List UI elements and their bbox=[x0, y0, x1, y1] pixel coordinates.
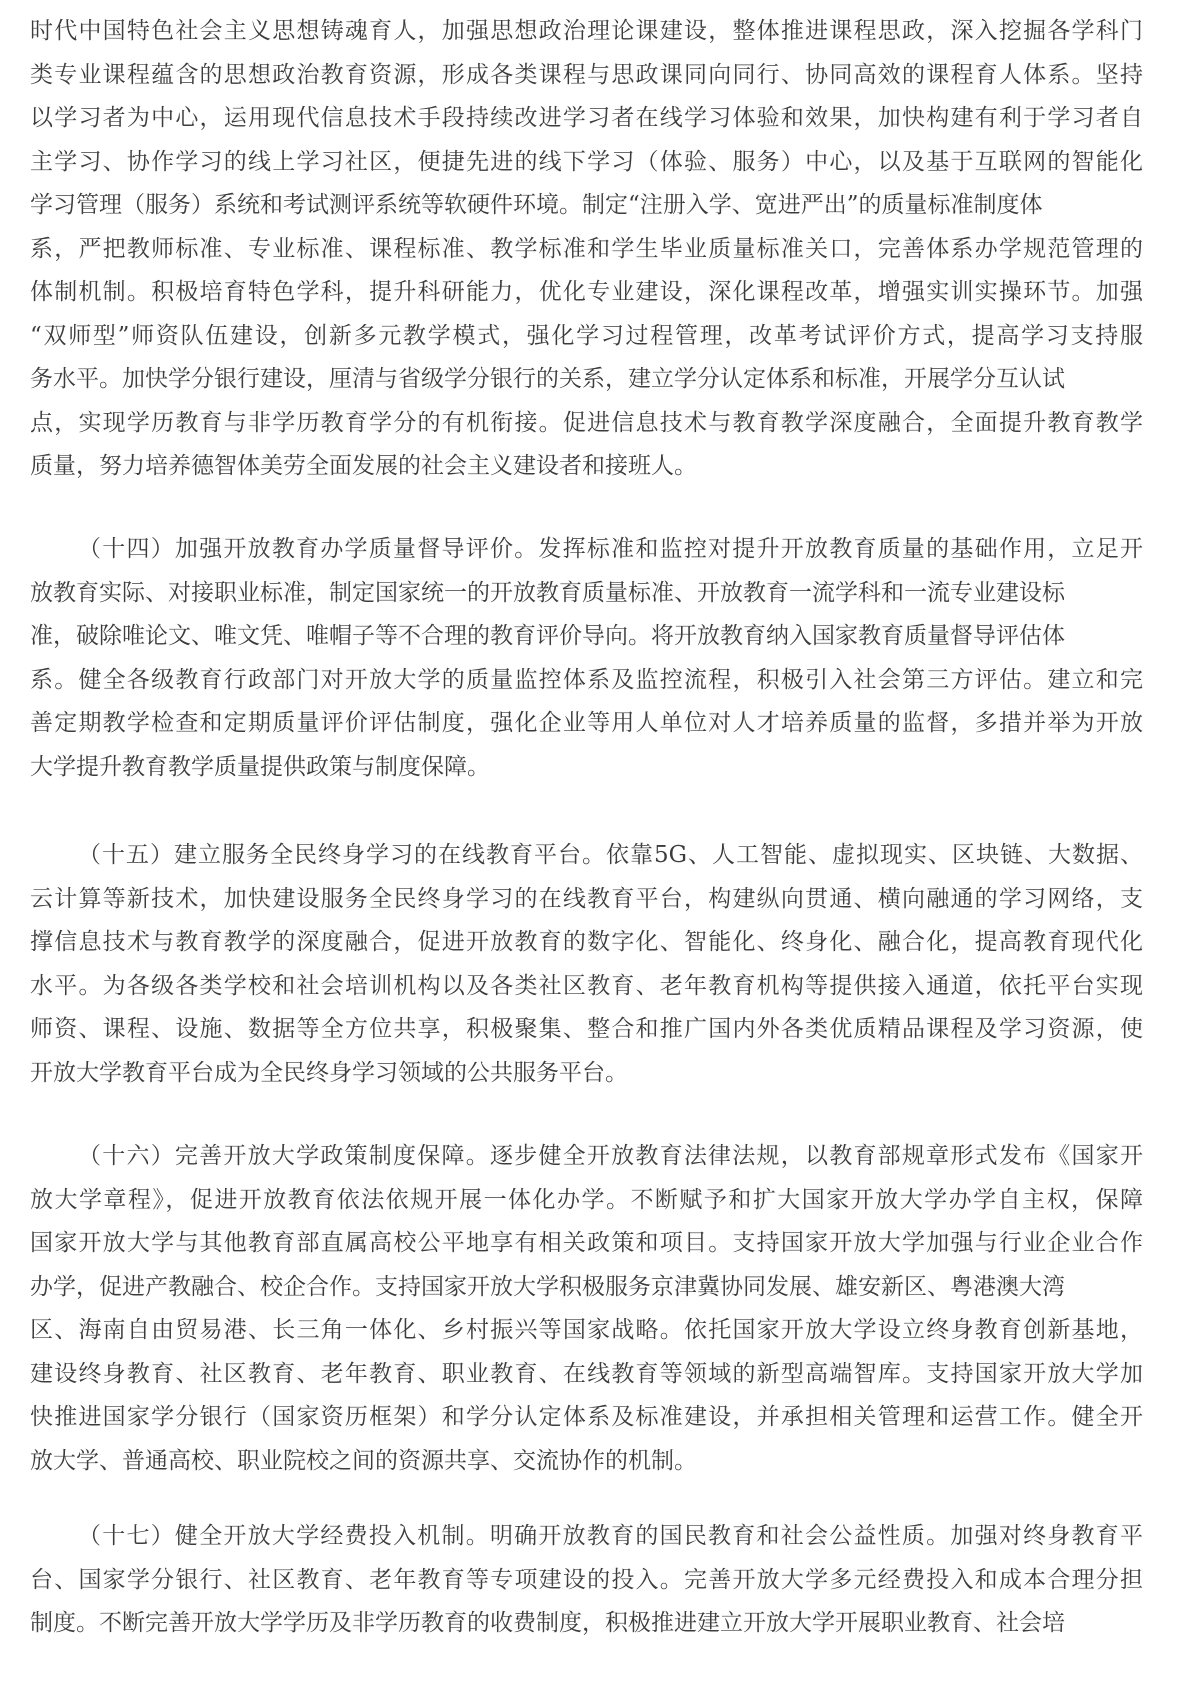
text-line: 系。健全各级教育行政部门对开放大学的质量监控体系及监控流程，积极引入社会第三方评… bbox=[30, 659, 1143, 703]
text-line: 善定期教学检查和定期质量评价评估制度，强化企业等用人单位对人才培养质量的监督，多… bbox=[30, 702, 1143, 746]
text-line: 云计算等新技术，加快建设服务全民终身学习的在线教育平台，构建纵向贯通、横向融通的… bbox=[30, 878, 1143, 922]
text-line: 区、海南自由贸易港、长三角一体化、乡村振兴等国家战略。依托国家开放大学设立终身教… bbox=[30, 1309, 1143, 1353]
text-line: 水平。为各级各类学校和社会培训机构以及各类社区教育、老年教育机构等提供接入通道，… bbox=[30, 965, 1143, 1009]
text-line: （十七）健全开放大学经费投入机制。明确开放教育的国民教育和社会公益性质。加强对终… bbox=[30, 1515, 1143, 1559]
text-line: 放大学、普通高校、职业院校之间的资源共享、交流协作的机制。 bbox=[30, 1440, 1143, 1484]
paragraph-15: （十五）建立服务全民终身学习的在线教育平台。依靠5G、人工智能、虚拟现实、区块链… bbox=[30, 834, 1143, 1095]
text-line: 学习管理（服务）系统和考试测评系统等软硬件环境。制定“注册入学、宽进严出”的质量… bbox=[30, 184, 1143, 228]
text-line: 办学，促进产教融合、校企合作。支持国家开放大学积极服务京津冀协同发展、雄安新区、… bbox=[30, 1266, 1143, 1310]
text-line: 师资、课程、设施、数据等全方位共享，积极聚集、整合和推广国内外各类优质精品课程及… bbox=[30, 1008, 1143, 1052]
paragraph-continuation: 时代中国特色社会主义思想铸魂育人，加强思想政治理论课建设，整体推进课程思政，深入… bbox=[30, 10, 1143, 489]
text-line: 以学习者为中心，运用现代信息技术手段持续改进学习者在线学习体验和效果，加快构建有… bbox=[30, 97, 1143, 141]
text-line: 主学习、协作学习的线上学习社区，便捷先进的线下学习（体验、服务）中心，以及基于互… bbox=[30, 141, 1143, 185]
text-line: 体制机制。积极培育特色学科，提升科研能力，优化专业建设，深化课程改革，增强实训实… bbox=[30, 271, 1143, 315]
text-line: 类专业课程蕴含的思想政治教育资源，形成各类课程与思政课同向同行、协同高效的课程育… bbox=[30, 54, 1143, 98]
paragraph-17: （十七）健全开放大学经费投入机制。明确开放教育的国民教育和社会公益性质。加强对终… bbox=[30, 1515, 1143, 1646]
text-line: 系，严把教师标准、专业标准、课程标准、教学标准和学生毕业质量标准关口，完善体系办… bbox=[30, 228, 1143, 272]
text-line: 建设终身教育、社区教育、老年教育、职业教育、在线教育等领域的新型高端智库。支持国… bbox=[30, 1353, 1143, 1397]
text-line: 放大学章程》，促进开放教育依法依规开展一体化办学。不断赋予和扩大国家开放大学办学… bbox=[30, 1179, 1143, 1223]
text-line: （十六）完善开放大学政策制度保障。逐步健全开放教育法律法规，以教育部规章形式发布… bbox=[30, 1135, 1143, 1179]
text-line: 撑信息技术与教育教学的深度融合，促进开放教育的数字化、智能化、终身化、融合化，提… bbox=[30, 921, 1143, 965]
text-line: 点，实现学历教育与非学历教育学分的有机衔接。促进信息技术与教育教学深度融合，全面… bbox=[30, 402, 1143, 446]
text-line: 准，破除唯论文、唯文凭、唯帽子等不合理的教育评价导向。将开放教育纳入国家教育质量… bbox=[30, 615, 1143, 659]
text-line: “双师型”师资队伍建设，创新多元教学模式，强化学习过程管理，改革考试评价方式，提… bbox=[30, 315, 1143, 359]
text-line: 质量，努力培养德智体美劳全面发展的社会主义建设者和接班人。 bbox=[30, 445, 1143, 489]
text-line: 放教育实际、对接职业标准，制定国家统一的开放教育质量标准、开放教育一流学科和一流… bbox=[30, 572, 1143, 616]
paragraph-14: （十四）加强开放教育办学质量督导评价。发挥标准和监控对提升开放教育质量的基础作用… bbox=[30, 528, 1143, 789]
text-line: 制度。不断完善开放大学学历及非学历教育的收费制度，积极推进建立开放大学开展职业教… bbox=[30, 1602, 1143, 1646]
document-page: 时代中国特色社会主义思想铸魂育人，加强思想政治理论课建设，整体推进课程思政，深入… bbox=[0, 0, 1190, 1684]
text-line: 台、国家学分银行、社区教育、老年教育等专项建设的投入。完善开放大学多元经费投入和… bbox=[30, 1559, 1143, 1603]
paragraph-16: （十六）完善开放大学政策制度保障。逐步健全开放教育法律法规，以教育部规章形式发布… bbox=[30, 1135, 1143, 1483]
text-line: 开放大学教育平台成为全民终身学习领域的公共服务平台。 bbox=[30, 1052, 1143, 1096]
text-line: 国家开放大学与其他教育部直属高校公平地享有相关政策和项目。支持国家开放大学加强与… bbox=[30, 1222, 1143, 1266]
text-line: 务水平。加快学分银行建设，厘清与省级学分银行的关系，建立学分认定体系和标准，开展… bbox=[30, 358, 1143, 402]
text-line: 时代中国特色社会主义思想铸魂育人，加强思想政治理论课建设，整体推进课程思政，深入… bbox=[30, 10, 1143, 54]
text-line: 快推进国家学分银行（国家资历框架）和学分认定体系及标准建设，并承担相关管理和运营… bbox=[30, 1396, 1143, 1440]
text-line: 大学提升教育教学质量提供政策与制度保障。 bbox=[30, 746, 1143, 790]
text-line: （十四）加强开放教育办学质量督导评价。发挥标准和监控对提升开放教育质量的基础作用… bbox=[30, 528, 1143, 572]
text-line: （十五）建立服务全民终身学习的在线教育平台。依靠5G、人工智能、虚拟现实、区块链… bbox=[30, 834, 1143, 878]
